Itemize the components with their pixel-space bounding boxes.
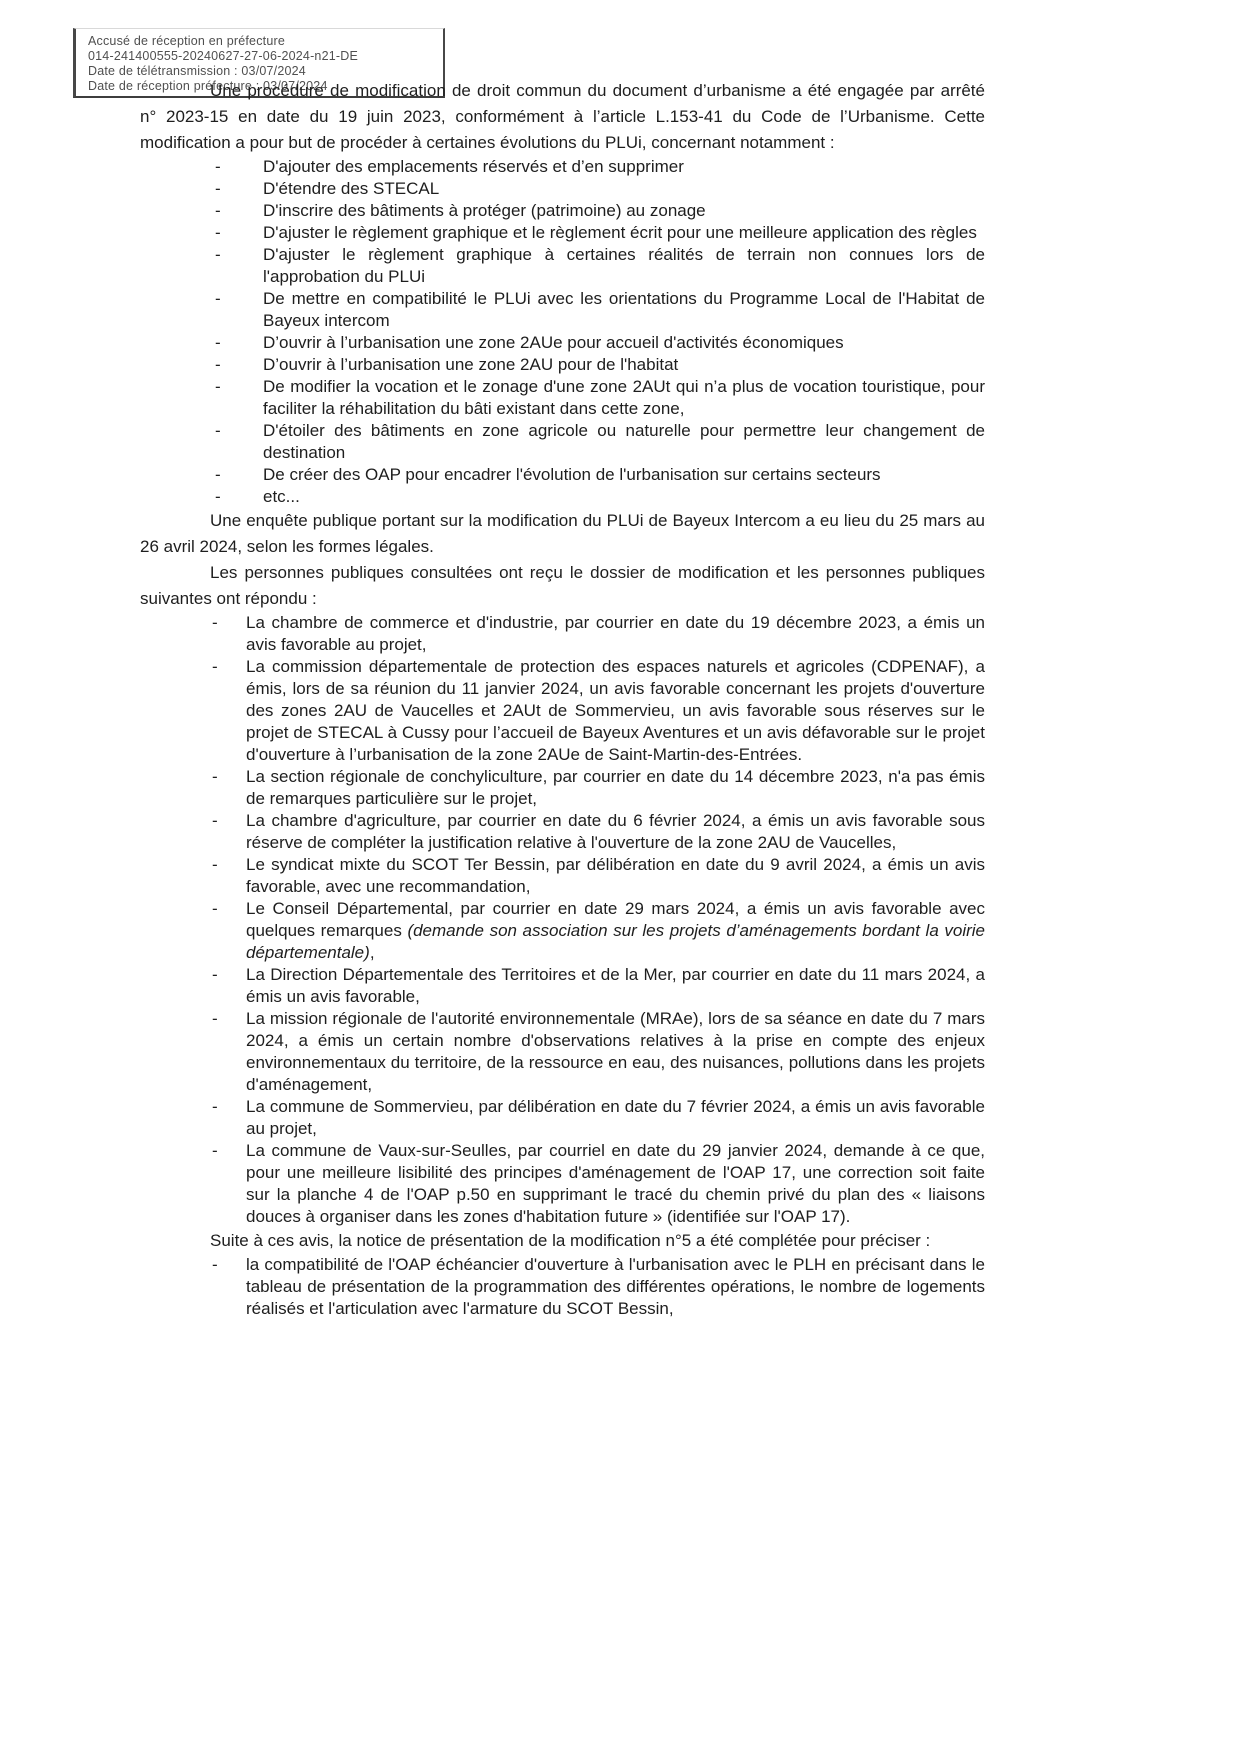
list-item: -D'étendre des STECAL bbox=[140, 178, 985, 200]
list-item-text: D'ajuster le règlement graphique et le r… bbox=[263, 223, 977, 242]
list-item-text: La commune de Vaux-sur-Seulles, par cour… bbox=[246, 1141, 985, 1226]
list-item: -La Direction Départementale des Territo… bbox=[140, 964, 985, 1008]
list-item-text: La commission départementale de protecti… bbox=[246, 657, 985, 764]
stamp-line-title: Accusé de réception en préfecture bbox=[88, 34, 443, 49]
bullet-dash: - bbox=[215, 332, 221, 354]
bullet-dash: - bbox=[212, 766, 218, 788]
notice-precisions-list: -la compatibilité de l'OAP échéancier d'… bbox=[140, 1254, 985, 1320]
list-item: -De mettre en compatibilité le PLUi avec… bbox=[140, 288, 985, 332]
list-item: -La section régionale de conchyliculture… bbox=[140, 766, 985, 810]
modification-goals-list: -D'ajouter des emplacements réservés et … bbox=[140, 156, 985, 508]
list-item: -D'ajouter des emplacements réservés et … bbox=[140, 156, 985, 178]
document-page: Accusé de réception en préfecture 014-24… bbox=[0, 0, 1241, 1754]
intro-paragraph: Une procédure de modification de droit c… bbox=[140, 78, 985, 156]
bullet-dash: - bbox=[215, 354, 221, 376]
list-item: -la compatibilité de l'OAP échéancier d'… bbox=[140, 1254, 985, 1320]
list-item-text: De créer des OAP pour encadrer l'évoluti… bbox=[263, 465, 881, 484]
list-item: -D’ouvrir à l’urbanisation une zone 2AU … bbox=[140, 354, 985, 376]
list-item: -De créer des OAP pour encadrer l'évolut… bbox=[140, 464, 985, 486]
bullet-dash: - bbox=[212, 612, 218, 634]
stamp-line-teletransmission-date: Date de télétransmission : 03/07/2024 bbox=[88, 64, 443, 79]
list-item-text: La Direction Départementale des Territoi… bbox=[246, 965, 985, 1006]
document-body: Une procédure de modification de droit c… bbox=[140, 78, 985, 1320]
bullet-dash: - bbox=[215, 376, 221, 398]
bullet-dash: - bbox=[212, 964, 218, 986]
bullet-dash: - bbox=[215, 178, 221, 200]
list-item: -La mission régionale de l'autorité envi… bbox=[140, 1008, 985, 1096]
list-item: -La commission départementale de protect… bbox=[140, 656, 985, 766]
list-item-text: De modifier la vocation et le zonage d'u… bbox=[263, 377, 985, 418]
bullet-dash: - bbox=[212, 1140, 218, 1162]
bullet-dash: - bbox=[215, 464, 221, 486]
suite-paragraph: Suite à ces avis, la notice de présentat… bbox=[140, 1228, 985, 1254]
list-item-text: Le syndicat mixte du SCOT Ter Bessin, pa… bbox=[246, 855, 985, 896]
list-item-text: D'ajouter des emplacements réservés et d… bbox=[263, 157, 684, 176]
bullet-dash: - bbox=[215, 156, 221, 178]
list-item-text: D'étendre des STECAL bbox=[263, 179, 439, 198]
list-item: -etc... bbox=[140, 486, 985, 508]
list-item: -De modifier la vocation et le zonage d'… bbox=[140, 376, 985, 420]
list-item-text: etc... bbox=[263, 487, 300, 506]
personnes-paragraph: Les personnes publiques consultées ont r… bbox=[140, 560, 985, 612]
list-item-text: D'ajuster le règlement graphique à certa… bbox=[263, 245, 985, 286]
list-item: -La commune de Sommervieu, par délibérat… bbox=[140, 1096, 985, 1140]
bullet-dash: - bbox=[215, 288, 221, 310]
list-item-text: De mettre en compatibilité le PLUi avec … bbox=[263, 289, 985, 330]
list-item-text: La chambre de commerce et d'industrie, p… bbox=[246, 613, 985, 654]
bullet-dash: - bbox=[215, 244, 221, 266]
list-item-text: La section régionale de conchyliculture,… bbox=[246, 767, 985, 808]
bullet-dash: - bbox=[215, 420, 221, 442]
list-item: -D’ouvrir à l’urbanisation une zone 2AUe… bbox=[140, 332, 985, 354]
list-item-text: La chambre d'agriculture, par courrier e… bbox=[246, 811, 985, 852]
bullet-dash: - bbox=[212, 1254, 218, 1276]
bullet-dash: - bbox=[212, 1096, 218, 1118]
list-item: -D'ajuster le règlement graphique et le … bbox=[140, 222, 985, 244]
list-item-text: , bbox=[370, 943, 375, 962]
bullet-dash: - bbox=[212, 810, 218, 832]
list-item-text: La mission régionale de l'autorité envir… bbox=[246, 1009, 985, 1094]
list-item-text: D'inscrire des bâtiments à protéger (pat… bbox=[263, 201, 706, 220]
list-item-text: D’ouvrir à l’urbanisation une zone 2AUe … bbox=[263, 333, 844, 352]
consultation-responses-list: -La chambre de commerce et d'industrie, … bbox=[140, 612, 985, 1228]
bullet-dash: - bbox=[215, 486, 221, 508]
bullet-dash: - bbox=[215, 222, 221, 244]
list-item: -Le syndicat mixte du SCOT Ter Bessin, p… bbox=[140, 854, 985, 898]
list-item: -La commune de Vaux-sur-Seulles, par cou… bbox=[140, 1140, 985, 1228]
bullet-dash: - bbox=[215, 200, 221, 222]
list-item: -La chambre de commerce et d'industrie, … bbox=[140, 612, 985, 656]
list-item-text: D'étoiler des bâtiments en zone agricole… bbox=[263, 421, 985, 462]
list-item: -D'étoiler des bâtiments en zone agricol… bbox=[140, 420, 985, 464]
list-item: -D'ajuster le règlement graphique à cert… bbox=[140, 244, 985, 288]
stamp-line-reference: 014-241400555-20240627-27-06-2024-n21-DE bbox=[88, 49, 443, 64]
list-item: -D'inscrire des bâtiments à protéger (pa… bbox=[140, 200, 985, 222]
list-item-text: la compatibilité de l'OAP échéancier d'o… bbox=[246, 1255, 985, 1318]
enquete-paragraph: Une enquête publique portant sur la modi… bbox=[140, 508, 985, 560]
bullet-dash: - bbox=[212, 1008, 218, 1030]
list-item-text: La commune de Sommervieu, par délibérati… bbox=[246, 1097, 985, 1138]
bullet-dash: - bbox=[212, 656, 218, 678]
list-item-text: D’ouvrir à l’urbanisation une zone 2AU p… bbox=[263, 355, 678, 374]
bullet-dash: - bbox=[212, 854, 218, 876]
list-item: -Le Conseil Départemental, par courrier … bbox=[140, 898, 985, 964]
bullet-dash: - bbox=[212, 898, 218, 920]
list-item: -La chambre d'agriculture, par courrier … bbox=[140, 810, 985, 854]
